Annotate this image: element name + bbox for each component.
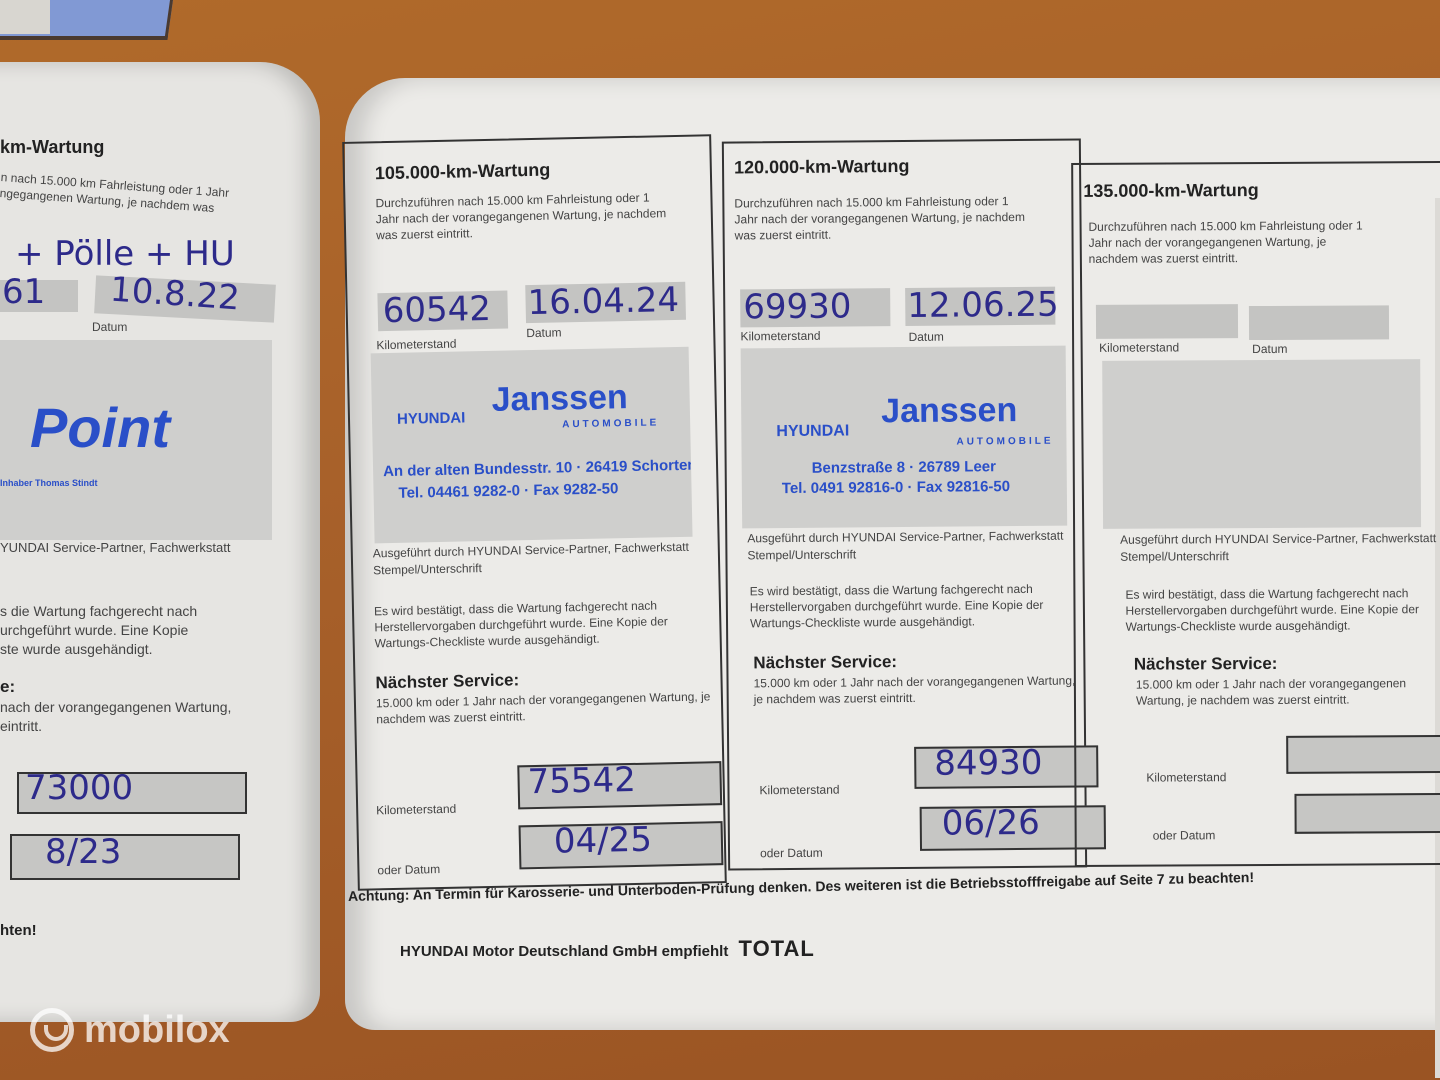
sponsor-line: HYUNDAI Motor Deutschland GmbH empfiehlt… (400, 936, 815, 962)
sponsor-text: HYUNDAI Motor Deutschland GmbH empfiehlt (400, 943, 728, 960)
next-service-heading: Nächster Service: (1134, 654, 1278, 675)
next-service-text: 15.000 km oder 1 Jahr nach der vorangega… (753, 672, 1078, 707)
service-card-120000: 120.000-km-Wartung Durchzuführen nach 15… (722, 138, 1087, 870)
next-km-value: 75542 (527, 760, 636, 802)
stamp-sub: AUTOMOBILE (562, 417, 659, 430)
date-label: Datum (92, 320, 127, 334)
white-card-corner (0, 0, 50, 34)
stamp-address: Benzstraße 8 · 26789 Leer (812, 458, 996, 477)
next-date-value: 8/23 (45, 832, 121, 872)
stamp-phone: Tel. 0491 92816-0 · Fax 92816-50 (782, 478, 1010, 497)
stamp-brand: HYUNDAI (776, 422, 849, 441)
km-value: 60542 (382, 289, 491, 331)
confirmation: s die Wartung fachgerecht nach urchgefüh… (0, 602, 197, 659)
left-page: km-Wartung n nach 15.000 km Fahrleistung… (0, 62, 320, 1022)
watermark: mobilox (30, 1008, 230, 1052)
next-service-heading: e: (0, 677, 15, 697)
stamp-dealer: Janssen (881, 391, 1017, 431)
date-label: Datum (908, 330, 943, 344)
confirmation: Es wird bestätigt, dass die Wartung fach… (1125, 585, 1425, 635)
left-footer: hten! (0, 922, 37, 939)
card-description: Durchzuführen nach 15.000 km Fahrleistun… (1088, 217, 1378, 267)
stamp-sub: AUTOMOBILE (956, 436, 1053, 448)
stamp-phone: Tel. 04461 9282-0 · Fax 9282-50 (398, 480, 618, 502)
stamp-label: Stempel/Unterschrift (373, 561, 482, 577)
next-service-text: 15.000 km oder 1 Jahr nach der vorangega… (1136, 675, 1440, 709)
date-value: 16.04.24 (527, 280, 679, 323)
card-title: 135.000-km-Wartung (1083, 180, 1258, 202)
stamp-label: Stempel/Unterschrift (1120, 549, 1229, 564)
left-card-description: n nach 15.000 km Fahrleistung oder 1 Jah… (0, 169, 230, 217)
card-description: Durchzuführen nach 15.000 km Fahrleistun… (734, 193, 1034, 244)
next-service-heading: Nächster Service: (753, 652, 897, 673)
km-value: 69930 (743, 286, 852, 327)
executed-by: Ausgeführt durch HYUNDAI Service-Partner… (373, 540, 689, 561)
next-service-text: nach der vorangegangenen Wartung, eintri… (0, 698, 231, 736)
km-label: Kilometerstand (376, 337, 456, 353)
km-box (1096, 304, 1238, 339)
date-value: 12.06.25 (907, 285, 1059, 326)
date-label: Datum (1252, 342, 1287, 356)
next-date-label: oder Datum (377, 862, 440, 877)
next-date-value: 04/25 (553, 820, 652, 862)
km-label: Kilometerstand (740, 329, 820, 344)
next-line: nach der vorangegangenen Wartung, (0, 698, 231, 717)
stamp-name: Point (30, 395, 170, 460)
km-value: 61 (2, 272, 45, 312)
next-km-value: 84930 (934, 743, 1043, 784)
stamp-brand: HYUNDAI (397, 409, 466, 427)
total-logo: TOTAL (739, 936, 815, 961)
next-km-label: Kilometerstand (759, 783, 839, 798)
next-date-value: 06/26 (942, 803, 1040, 844)
confirm-line: ste wurde ausgehändigt. (0, 640, 197, 659)
stamp-dealer: Janssen (491, 378, 628, 420)
executed-by: Ausgeführt durch HYUNDAI Service-Partner… (747, 529, 1063, 546)
stamp-address: An der alten Bundesstr. 10 · 26419 Schor… (383, 456, 693, 480)
confirmation: Es wird bestätigt, dass die Wartung fach… (374, 597, 685, 651)
service-card-135000: 135.000-km-Wartung Durchzuführen nach 15… (1071, 161, 1440, 867)
handwritten-note: + Pölle + HU (15, 234, 235, 274)
service-card-105000: 105.000-km-Wartung Durchzuführen nach 15… (342, 134, 727, 891)
card-title: 120.000-km-Wartung (734, 156, 910, 179)
date-box (1249, 305, 1389, 340)
confirm-line: s die Wartung fachgerecht nach (0, 602, 197, 621)
next-service-text: 15.000 km oder 1 Jahr nach der vorangega… (376, 688, 717, 727)
executed-by: Ausgeführt durch HYUNDAI Service-Partner… (1120, 531, 1436, 547)
right-page: 105.000-km-Wartung Durchzuführen nach 15… (345, 78, 1440, 1030)
dealer-stamp: Point Inhaber Thomas Stindt (0, 340, 272, 540)
next-line: eintritt. (0, 717, 231, 736)
card-description: Durchzuführen nach 15.000 km Fahrleistun… (375, 189, 676, 243)
left-card-title: km-Wartung (0, 137, 104, 158)
km-label: Kilometerstand (1099, 340, 1179, 354)
dealer-stamp: HYUNDAI Janssen AUTOMOBILE An der alten … (371, 347, 693, 544)
confirm-line: urchgeführt wurde. Eine Kopie (0, 621, 197, 640)
next-km-value: 73000 (25, 768, 133, 808)
next-service-heading: Nächster Service: (375, 670, 519, 693)
next-km-label: Kilometerstand (1146, 770, 1226, 784)
executed-by: YUNDAI Service-Partner, Fachwerkstatt (0, 540, 230, 555)
stamp-area-empty (1102, 359, 1421, 529)
next-date-box (1294, 793, 1440, 834)
next-km-label: Kilometerstand (376, 802, 456, 818)
date-label: Datum (526, 325, 562, 340)
dealer-stamp: HYUNDAI Janssen AUTOMOBILE Benzstraße 8 … (741, 346, 1068, 529)
confirmation: Es wird bestätigt, dass die Wartung fach… (750, 581, 1060, 632)
card-title: 105.000-km-Wartung (375, 160, 551, 185)
watermark-text: mobilox (84, 1009, 230, 1052)
next-date-label: oder Datum (760, 846, 823, 861)
mobilox-logo-icon (30, 1008, 74, 1052)
next-date-label: oder Datum (1153, 828, 1216, 842)
next-km-box (1286, 735, 1440, 774)
stamp-owner: Inhaber Thomas Stindt (0, 478, 98, 488)
stamp-label: Stempel/Unterschrift (747, 547, 856, 562)
